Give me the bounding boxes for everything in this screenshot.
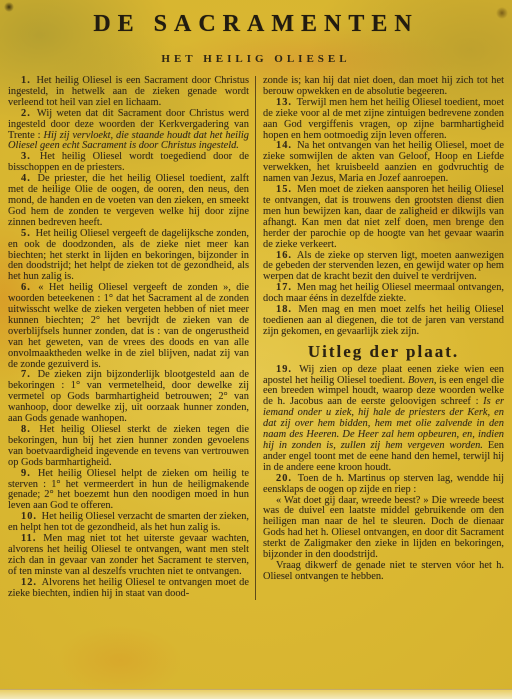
paragraph: 18. Men mag en men moet zelfs het heilig… [263,305,504,338]
two-column-text: 1. Het heilig Oliesel is een Sacrament d… [0,76,512,600]
paragraph-number: 6. [21,282,33,293]
paragraph: 8. Het heilig Oliesel sterkt de zieken t… [8,425,249,469]
body-text: Na het ontvangen van het heilig Oliesel,… [263,140,504,184]
paragraph: 19. Wij zien op deze plaat eenen zieke w… [263,365,504,474]
body-text: Alvorens het heilig Oliesel te ontvangen… [8,577,249,599]
column-left: 1. Het heilig Oliesel is een Sacrament d… [8,76,256,600]
paragraph: 17. Men mag het heilig Oliesel meermaal … [263,283,504,305]
body-text: Het heilig Oliesel is een Sacrament door… [8,75,249,108]
body-text: Vraag dikwerf de genade niet te sterven … [263,560,504,582]
body-text: Men mag en men moet zelfs het heilig Oli… [263,304,504,337]
body-text: Als de zieke op sterven ligt, moeten aan… [263,250,504,283]
paragraph-number: 10. [21,511,39,522]
paragraph-number: 17. [276,282,294,293]
paragraph-number: 3. [21,151,33,162]
paragraph-number: 8. [21,424,33,435]
body-text: Men mag niet tot het uiterste gevaar wac… [8,533,249,577]
body-text: zonde is; kan hij dat niet doen, dan moe… [263,75,504,97]
paragraph-number: 1. [21,75,33,86]
paragraph: 10. Het heilig Oliesel verzacht de smart… [8,512,249,534]
body-text: Het heilig Oliesel wordt toegediend door… [8,151,249,173]
paragraph: 13. Terwijl men hem het heilig Oliesel t… [263,98,504,142]
paragraph: 4. De priester, die het heilig Oliesel t… [8,174,249,229]
paragraph: 3. Het heilig Oliesel wordt toegediend d… [8,152,249,174]
paragraph-number: 15. [276,184,294,195]
paragraph: 12. Alvorens het heilig Oliesel te ontva… [8,578,249,600]
paragraph-number: 13. [276,97,294,108]
paragraph-number: 19. [276,364,294,375]
paragraph: 5. Het heilig Oliesel vergeeft de dageli… [8,229,249,284]
paragraph-number: 7. [21,369,33,380]
body-text: « Wat doet gij daar, wreede beest? » Die… [263,495,504,561]
paragraph-number: 11. [21,533,38,544]
paragraph-number: 9. [21,468,33,479]
paragraph: Vraag dikwerf de genade niet te sterven … [263,561,504,583]
paragraph: 1. Het heilig Oliesel is een Sacrament d… [8,76,249,109]
body-text: Het heilig Oliesel sterkt de zieken tege… [8,424,249,468]
paragraph-number: 4. [21,173,33,184]
body-text: Het heilig Oliesel verzacht de smarten d… [8,511,249,533]
italic-text: Hij zij vervloekt, die staande houdt dat… [8,130,249,152]
paragraph: 15. Men moet de zieken aansporen het hei… [263,185,504,250]
paragraph: « Wat doet gij daar, wreede beest? » Die… [263,496,504,561]
body-text: Men mag het heilig Oliesel meermaal ontv… [263,282,504,304]
paragraph: 6. « Het heilig Oliesel vergeeft de zond… [8,283,249,370]
paragraph: 2. Wij weten dat dit Sacrament door Chri… [8,109,249,153]
body-text: De zieken zijn bijzonderlijk blootgestel… [8,369,249,424]
section-heading: Uitleg der plaat. [263,347,504,358]
paragraph-number: 20. [276,473,294,484]
scanned-page: DE SACRAMENTEN HET HEILIG OLIESEL 1. Het… [0,0,512,699]
body-text: Toen de h. Martinus op sterven lag, wend… [263,473,504,495]
paragraph-number: 18. [276,304,294,315]
body-text: Het heilig Oliesel vergeeft de dagelijks… [8,228,249,283]
paragraph: 7. De zieken zijn bijzonderlijk blootges… [8,370,249,425]
page-subtitle: HET HEILIG OLIESEL [0,53,512,65]
body-text: Terwijl men hem het heilig Oliesel toedi… [263,97,504,141]
paragraph: 9. Het heilig Oliesel helpt de zieken om… [8,469,249,513]
paragraph-number: 16. [276,250,294,261]
paragraph-number: 14. [276,140,294,151]
body-text: Het heilig Oliesel helpt de zieken om he… [8,468,249,512]
paragraph: 14. Na het ontvangen van het heilig Olie… [263,141,504,185]
column-right: zonde is; kan hij dat niet doen, dan moe… [256,76,504,600]
paragraph-number: 5. [21,228,33,239]
paragraph: 16. Als de zieke op sterven ligt, moeten… [263,251,504,284]
page-bottom-edge [0,689,512,699]
paragraph-number: 12. [21,577,39,588]
body-text: De priester, die het heilig Oliesel toed… [8,173,249,228]
paragraph-number: 2. [21,108,33,119]
body-text: Men moet de zieken aansporen het heilig … [263,184,504,250]
italic-text: Boven [408,375,434,386]
page-title: DE SACRAMENTEN [0,11,512,38]
body-text: « Het heilig Oliesel vergeeft de zonden … [8,282,249,369]
paragraph-continuation: zonde is; kan hij dat niet doen, dan moe… [263,76,504,98]
paragraph: 20. Toen de h. Martinus op sterven lag, … [263,474,504,496]
page-header: DE SACRAMENTEN HET HEILIG OLIESEL [0,0,512,65]
paragraph: 11. Men mag niet tot het uiterste gevaar… [8,534,249,578]
